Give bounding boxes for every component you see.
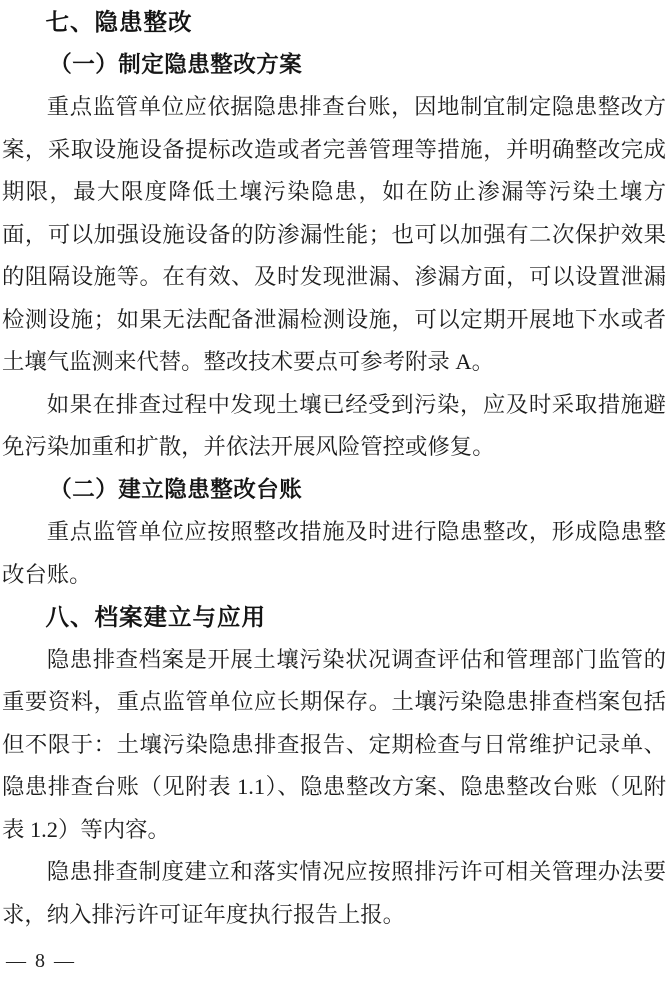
paragraph-rectification-ledger: 重点监管单位应按照整改措施及时进行隐患整改，形成隐患整改台账。 xyxy=(2,511,666,596)
document-page: 七、隐患整改 （一）制定隐患整改方案 重点监管单位应依据隐患排查台账，因地制宜制… xyxy=(0,0,672,983)
paragraph-archive-contents: 隐患排查档案是开展土壤污染状况调查评估和管理部门监管的重要资料，重点监管单位应长… xyxy=(2,639,666,852)
section-heading-eight: 八、档案建立与应用 xyxy=(2,596,666,639)
subsection-heading-seven-2: （二）建立隐患整改台账 xyxy=(2,469,666,512)
section-heading-seven: 七、隐患整改 xyxy=(2,1,666,44)
subsection-heading-seven-1: （一）制定隐患整改方案 xyxy=(2,44,666,87)
paragraph-rectification-plan: 重点监管单位应依据隐患排查台账，因地制宜制定隐患整改方案，采取设施设备提标改造或… xyxy=(2,86,666,384)
page-number: — 8 — xyxy=(6,950,76,973)
paragraph-permit-reporting: 隐患排查制度建立和落实情况应按照排污许可相关管理办法要求，纳入排污许可证年度执行… xyxy=(2,851,666,936)
page-content: 七、隐患整改 （一）制定隐患整改方案 重点监管单位应依据隐患排查台账，因地制宜制… xyxy=(2,1,666,936)
paragraph-contamination-found: 如果在排查过程中发现土壤已经受到污染，应及时采取措施避免污染加重和扩散，并依法开… xyxy=(2,384,666,469)
